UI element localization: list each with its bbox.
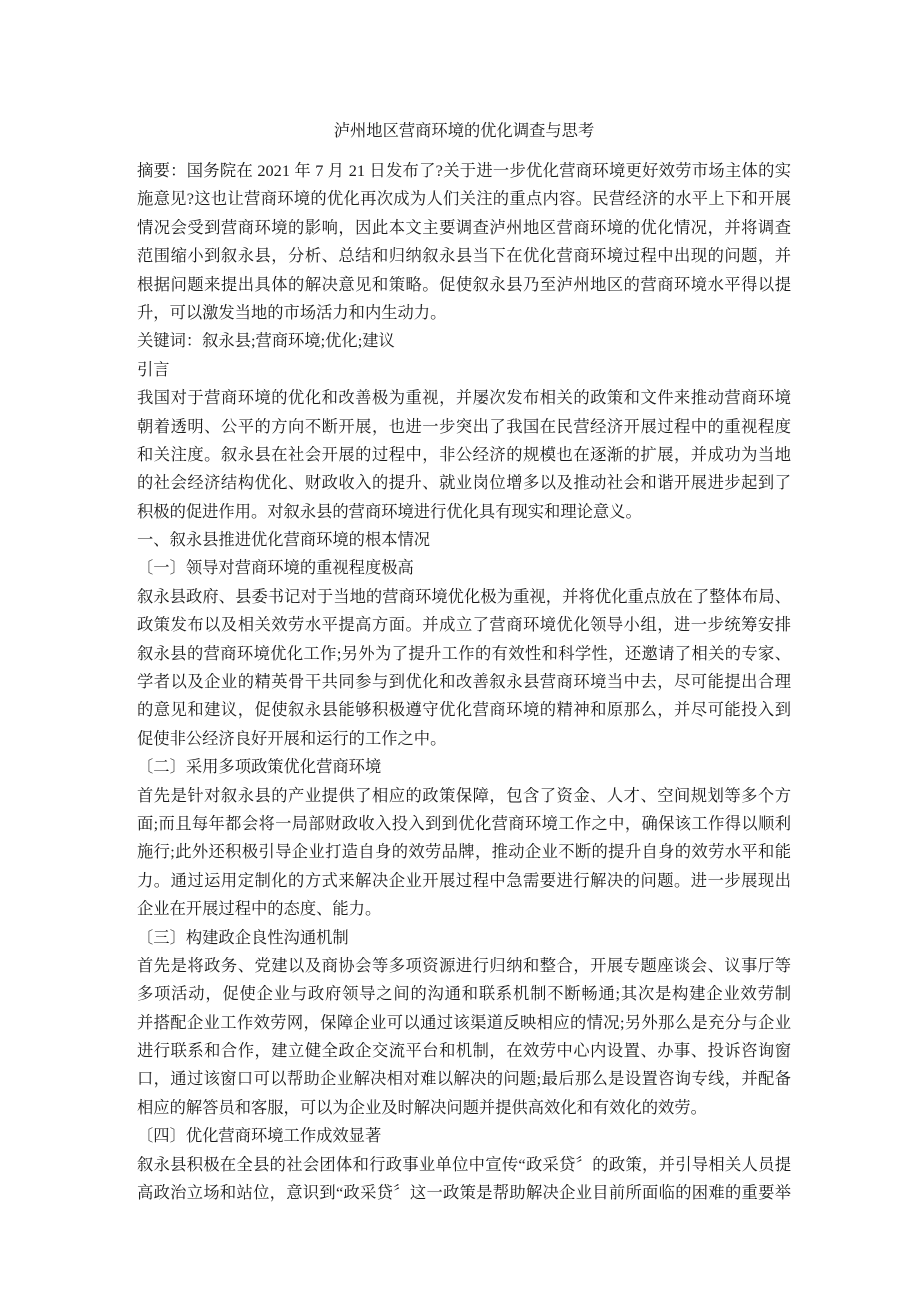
abstract: 摘要：国务院在 2021 年 7 月 21 日发布了?关于进一步优化营商环境更好… <box>137 157 791 327</box>
introduction-body-line-2: 朝着透明、公平的方向不断开展，也进一步突出了我国在民营经济开展过程中的重视程度 <box>137 413 791 441</box>
introduction-body-line-4: 的社会经济结构优化、财政收入的提升、就业岗位增多以及推动社会和谐开展进步起到了 <box>137 469 791 497</box>
section-1-1-body-line-1: 叙永县政府、县委书记对于当地的营商环境优化极为重视，并将优化重点放在了整体布局、 <box>137 583 791 611</box>
heading-section-1-1-line-1: 〔一〕领导对营商环境的重视程度极高 <box>137 554 791 582</box>
heading-section-1: 一、叙永县推进优化营商环境的根本情况 <box>137 526 791 554</box>
section-1-3-body-line-3: 并搭配企业工作效劳网，保障企业可以通过该渠道反映相应的情况;另外那么是充分与企业 <box>137 1009 791 1037</box>
heading-section-1-1: 〔一〕领导对营商环境的重视程度极高 <box>137 554 791 582</box>
section-1-2-body-line-2: 面;而且每年都会将一局部财政收入投入到到优化营商环境工作之中，确保该工作得以顺利 <box>137 810 791 838</box>
heading-section-1-line-1: 一、叙永县推进优化营商环境的根本情况 <box>137 526 791 554</box>
abstract-line-4: 范围缩小到叙永县，分析、总结和归纳叙永县当下在优化营商环境过程中出现的问题，并 <box>137 242 791 270</box>
introduction-body-line-5: 积极的促进作用。对叙永县的营商环境进行优化具有现实和理论意义。 <box>137 498 791 526</box>
heading-introduction-line-1: 引言 <box>137 356 791 384</box>
section-1-1-body: 叙永县政府、县委书记对于当地的营商环境优化极为重视，并将优化重点放在了整体布局、… <box>137 583 791 753</box>
document-title: 泸州地区营商环境的优化调查与思考 <box>137 117 791 145</box>
heading-section-1-4-line-1: 〔四〕优化营商环境工作成效显著 <box>137 1122 791 1150</box>
section-1-3-body-line-6: 相应的解答员和客服，可以为企业及时解决问题并提供高效化和有效化的效劳。 <box>137 1094 791 1122</box>
introduction-body-line-1: 我国对于营商环境的优化和改善极为重视，并屡次发布相关的政策和文件来推动营商环境 <box>137 384 791 412</box>
abstract-line-1: 摘要：国务院在 2021 年 7 月 21 日发布了?关于进一步优化营商环境更好… <box>137 157 791 185</box>
heading-section-1-2: 〔二〕采用多项政策优化营商环境 <box>137 753 791 781</box>
abstract-line-2: 施意见?这也让营商环境的优化再次成为人们关注的重点内容。民营经济的水平上下和开展 <box>137 185 791 213</box>
section-1-1-body-line-5: 的意见和建议，促使叙永县能够积极遵守优化营商环境的精神和原那么，并尽可能投入到 <box>137 696 791 724</box>
heading-section-1-3-line-1: 〔三〕构建政企良性沟通机制 <box>137 924 791 952</box>
section-1-1-body-line-3: 叙永县的营商环境优化工作;另外为了提升工作的有效性和科学性，还邀请了相关的专家、 <box>137 640 791 668</box>
section-1-3-body-line-2: 多项活动，促使企业与政府领导之间的沟通和联系机制不断畅通;其次是构建企业效劳制度… <box>137 980 791 1008</box>
section-1-3-body-line-4: 进行联系和合作，建立健全政企交流平台和机制，在效劳中心内设置、办事、投诉咨询窗 <box>137 1037 791 1065</box>
abstract-line-5: 根据问题来提出具体的解决意见和策略。促使叙永县乃至泸州地区的营商环境水平得以提 <box>137 271 791 299</box>
document-page: 泸州地区营商环境的优化调查与思考 摘要：国务院在 2021 年 7 月 21 日… <box>0 0 920 1302</box>
introduction-body-line-3: 和关注度。叙永县在社会开展的过程中，非公经济的规模也在逐渐的扩展，并成功为当地 <box>137 441 791 469</box>
section-1-1-body-line-4: 学者以及企业的精英骨干共同参与到优化和改善叙永县营商环境当中去，尽可能提出合理 <box>137 668 791 696</box>
section-1-2-body: 首先是针对叙永县的产业提供了相应的政策保障，包含了资金、人才、空间规划等多个方面… <box>137 782 791 924</box>
document-content: 泸州地区营商环境的优化调查与思考 摘要：国务院在 2021 年 7 月 21 日… <box>137 117 791 1207</box>
section-1-1-body-line-6: 促使非公经济良好开展和运行的工作之中。 <box>137 725 791 753</box>
heading-section-1-2-line-1: 〔二〕采用多项政策优化营商环境 <box>137 753 791 781</box>
section-1-3-body-line-1: 首先是将政务、党建以及商协会等多项资源进行归纳和整合，开展专题座谈会、议事厅等 <box>137 952 791 980</box>
keywords-line-1: 关键词：叙永县;营商环境;优化;建议 <box>137 327 791 355</box>
section-1-4-body-line-2: 高政治立场和站位，意识到“政采贷〞这一政策是帮助解决企业目前所面临的困难的重要举 <box>137 1179 791 1207</box>
keywords: 关键词：叙永县;营商环境;优化;建议 <box>137 327 791 355</box>
section-1-1-body-line-2: 政策发布以及相关效劳水平提高方面。并成立了营商环境优化领导小组，进一步统筹安排 <box>137 611 791 639</box>
section-1-3-body-line-5: 口，通过该窗口可以帮助企业解决相对难以解决的问题;最后那么是设置咨询专线，并配备 <box>137 1065 791 1093</box>
heading-section-1-3: 〔三〕构建政企良性沟通机制 <box>137 924 791 952</box>
section-1-2-body-line-4: 力。通过运用定制化的方式来解决企业开展过程中急需要进行解决的问题。进一步展现出 <box>137 867 791 895</box>
introduction-body: 我国对于营商环境的优化和改善极为重视，并屡次发布相关的政策和文件来推动营商环境朝… <box>137 384 791 526</box>
heading-section-1-4: 〔四〕优化营商环境工作成效显著 <box>137 1122 791 1150</box>
section-1-4-body: 叙永县积极在全县的社会团体和行政事业单位中宣传“政采贷〞的政策，并引导相关人员提… <box>137 1151 791 1208</box>
section-1-2-body-line-5: 企业在开展过程中的态度、能力。 <box>137 895 791 923</box>
section-1-3-body: 首先是将政务、党建以及商协会等多项资源进行归纳和整合，开展专题座谈会、议事厅等多… <box>137 952 791 1122</box>
document-paragraphs: 摘要：国务院在 2021 年 7 月 21 日发布了?关于进一步优化营商环境更好… <box>137 157 791 1207</box>
abstract-line-3: 情况会受到营商环境的影响，因此本文主要调查泸州地区营商环境的优化情况，并将调查 <box>137 214 791 242</box>
abstract-line-6: 升，可以激发当地的市场活力和内生动力。 <box>137 299 791 327</box>
section-1-4-body-line-1: 叙永县积极在全县的社会团体和行政事业单位中宣传“政采贷〞的政策，并引导相关人员提 <box>137 1151 791 1179</box>
heading-introduction: 引言 <box>137 356 791 384</box>
section-1-2-body-line-1: 首先是针对叙永县的产业提供了相应的政策保障，包含了资金、人才、空间规划等多个方 <box>137 782 791 810</box>
section-1-2-body-line-3: 施行;此外还积极引导企业打造自身的效劳品牌，推动企业不断的提升自身的效劳水平和能 <box>137 838 791 866</box>
